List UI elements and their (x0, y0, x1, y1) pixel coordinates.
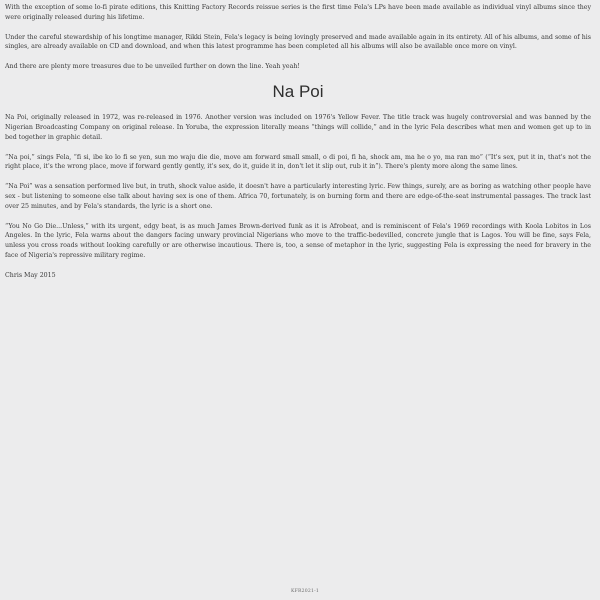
body-paragraph: “Na Poi” was a sensation performed live … (5, 182, 591, 211)
body-paragraph: “Na poi,” sings Fela, “fi si, ibe ko lo … (5, 153, 591, 172)
body-paragraph: Na Poi, originally released in 1972, was… (5, 113, 591, 142)
body-paragraph: “You No Go Die...Unless,” with its urgen… (5, 222, 591, 260)
intro-paragraph: And there are plenty more treasures due … (5, 62, 591, 72)
intro-paragraph: Under the careful stewardship of his lon… (5, 33, 591, 52)
author-signature: Chris May 2015 (5, 271, 591, 281)
liner-notes-page: With the exception of some lo-fi pirate … (5, 3, 591, 291)
catalog-number: KFR2021-1 (0, 589, 600, 594)
section-title: Na Poi (5, 82, 591, 102)
intro-paragraph: With the exception of some lo-fi pirate … (5, 3, 591, 22)
